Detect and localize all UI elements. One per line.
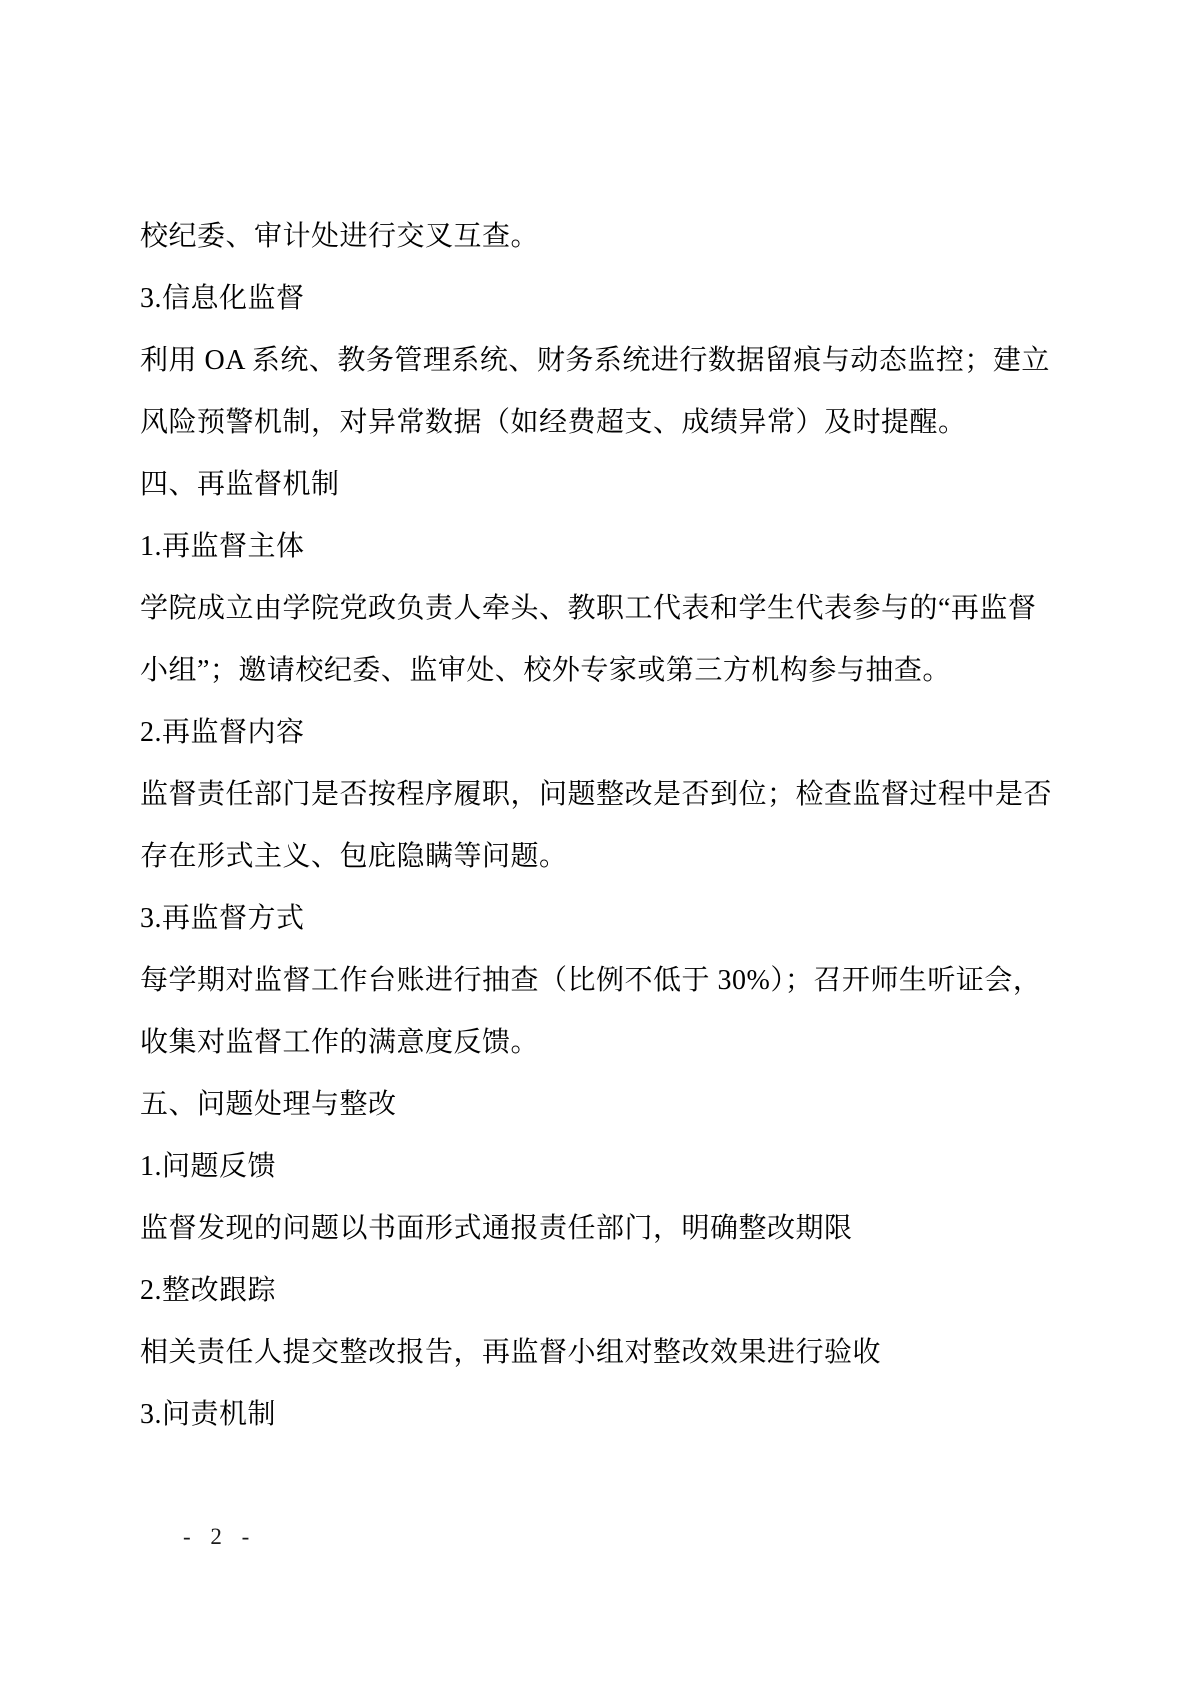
numbered-item-line: 3.问责机制 [140, 1384, 1055, 1446]
paragraph-line: 每学期对监督工作台账进行抽查（比例不低于 30%）；召开师生听证会， [140, 950, 1055, 1012]
body-text: 校纪委、审计处进行交叉互查。 3.信息化监督 利用 OA 系统、教务管理系统、财… [140, 206, 1055, 1446]
paragraph-line: 利用 OA 系统、教务管理系统、财务系统进行数据留痕与动态监控；建立 [140, 330, 1055, 392]
paragraph-line: 收集对监督工作的满意度反馈。 [140, 1012, 1055, 1074]
page-number: - 2 - [183, 1522, 256, 1552]
paragraph-line: 校纪委、审计处进行交叉互查。 [140, 206, 1055, 268]
numbered-item-line: 3.再监督方式 [140, 888, 1055, 950]
paragraph-line: 学院成立由学院党政负责人牵头、教职工代表和学生代表参与的“再监督 [140, 578, 1055, 640]
numbered-item-line: 2.整改跟踪 [140, 1260, 1055, 1322]
section-heading-line: 四、再监督机制 [140, 454, 1055, 516]
numbered-item-line: 1.再监督主体 [140, 516, 1055, 578]
paragraph-line: 监督发现的问题以书面形式通报责任部门，明确整改期限 [140, 1198, 1055, 1260]
numbered-item-line: 2.再监督内容 [140, 702, 1055, 764]
paragraph-line: 监督责任部门是否按程序履职，问题整改是否到位；检查监督过程中是否 [140, 764, 1055, 826]
paragraph-line: 存在形式主义、包庇隐瞒等问题。 [140, 826, 1055, 888]
paragraph-line: 小组”；邀请校纪委、监审处、校外专家或第三方机构参与抽查。 [140, 640, 1055, 702]
document-page: 校纪委、审计处进行交叉互查。 3.信息化监督 利用 OA 系统、教务管理系统、财… [0, 0, 1191, 1684]
numbered-item-line: 1.问题反馈 [140, 1136, 1055, 1198]
numbered-item-line: 3.信息化监督 [140, 268, 1055, 330]
paragraph-line: 风险预警机制，对异常数据（如经费超支、成绩异常）及时提醒。 [140, 392, 1055, 454]
section-heading-line: 五、问题处理与整改 [140, 1074, 1055, 1136]
paragraph-line: 相关责任人提交整改报告，再监督小组对整改效果进行验收 [140, 1322, 1055, 1384]
